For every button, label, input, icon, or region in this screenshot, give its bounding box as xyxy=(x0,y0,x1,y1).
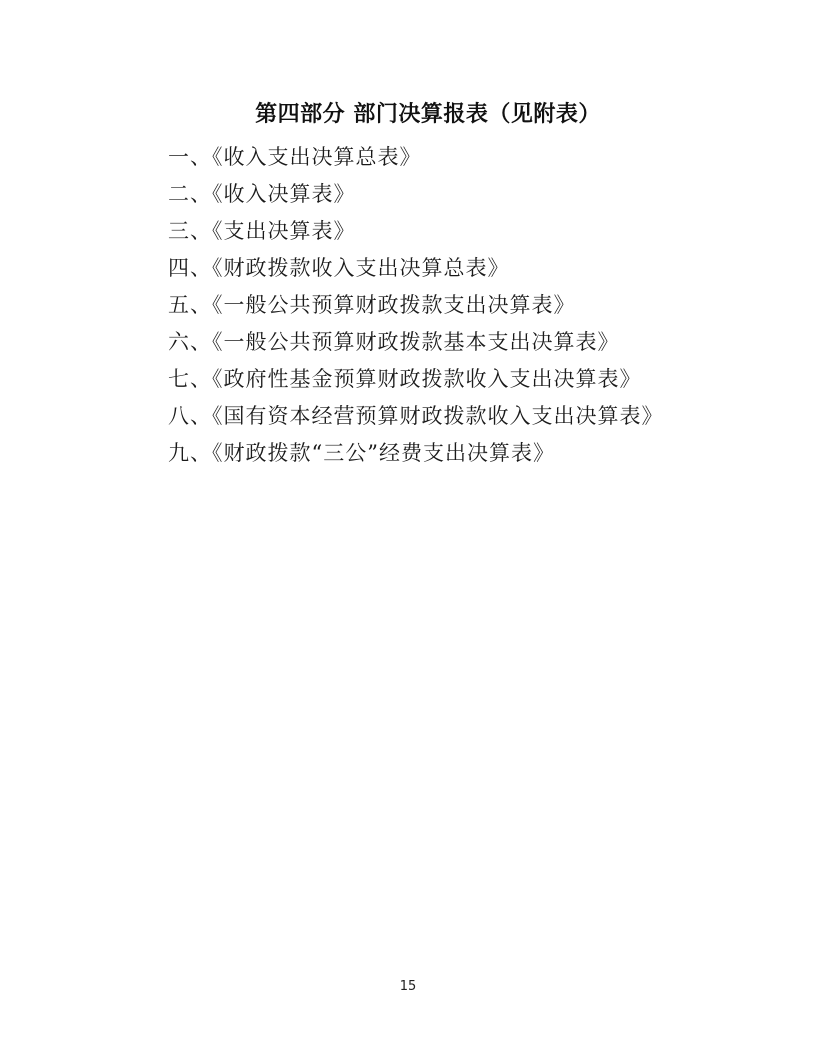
list-item: 九、《财政拨款“三公”经费支出决算表》 xyxy=(168,435,776,472)
list-item: 四、《财政拨款收入支出决算总表》 xyxy=(168,250,776,287)
item-title: 《政府性基金预算财政拨款收入支出决算表》 xyxy=(212,367,642,391)
list-item: 八、《国有资本经营预算财政拨款收入支出决算表》 xyxy=(168,398,776,435)
list-item: 五、《一般公共预算财政拨款支出决算表》 xyxy=(168,287,776,324)
item-number: 九、 xyxy=(168,441,212,465)
list-item: 二、《收入决算表》 xyxy=(168,176,776,213)
list-item: 六、《一般公共预算财政拨款基本支出决算表》 xyxy=(168,324,776,361)
item-title: 《国有资本经营预算财政拨款收入支出决算表》 xyxy=(212,404,664,428)
item-number: 二、 xyxy=(168,182,212,206)
item-number: 四、 xyxy=(168,256,212,280)
item-title: 《财政拨款“三公”经费支出决算表》 xyxy=(212,441,555,465)
page-title: 第四部分 部门决算报表（见附表） xyxy=(0,0,816,129)
item-number: 五、 xyxy=(168,293,212,317)
document-page: 第四部分 部门决算报表（见附表） 一、《收入支出决算总表》 二、《收入决算表》 … xyxy=(0,0,816,1056)
list-item: 三、《支出决算表》 xyxy=(168,213,776,250)
item-title: 《收入决算表》 xyxy=(212,182,356,206)
item-title: 《一般公共预算财政拨款基本支出决算表》 xyxy=(212,330,620,354)
item-number: 八、 xyxy=(168,404,212,428)
report-list: 一、《收入支出决算总表》 二、《收入决算表》 三、《支出决算表》 四、《财政拨款… xyxy=(0,139,816,472)
list-item: 一、《收入支出决算总表》 xyxy=(168,139,776,176)
page-number: 15 xyxy=(0,979,816,994)
item-number: 七、 xyxy=(168,367,212,391)
item-title: 《支出决算表》 xyxy=(212,219,356,243)
item-number: 三、 xyxy=(168,219,212,243)
item-title: 《收入支出决算总表》 xyxy=(212,145,422,169)
list-item: 七、《政府性基金预算财政拨款收入支出决算表》 xyxy=(168,361,776,398)
item-title: 《财政拨款收入支出决算总表》 xyxy=(212,256,510,280)
item-number: 六、 xyxy=(168,330,212,354)
item-number: 一、 xyxy=(168,145,212,169)
item-title: 《一般公共预算财政拨款支出决算表》 xyxy=(212,293,576,317)
